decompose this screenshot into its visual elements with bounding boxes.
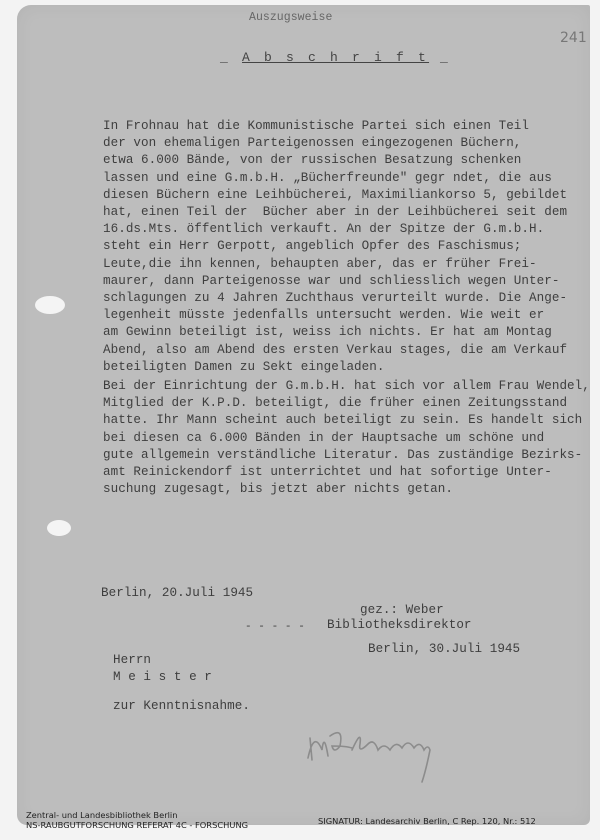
footer-signature: SIGNATUR: Landesarchiv Berlin, C Rep. 12… [318, 817, 536, 827]
heading-excerpt: Auszugsweise [249, 9, 332, 26]
text-line: maurer, dann Parteigenosse war und schli… [103, 273, 567, 290]
text-line: suchung zugesagt, bis jetzt aber nichts … [103, 481, 590, 498]
recipient-name: M e i s t e r [113, 669, 212, 686]
footer-library: Zentral- und Landesbibliothek Berlin NS-… [26, 811, 248, 830]
footer-library-name: Zentral- und Landesbibliothek Berlin [26, 810, 177, 820]
text-line: hatte. Ihr Mann scheint auch beteiligt z… [103, 412, 590, 429]
text-line: bei diesen ca 6.000 Bänden in der Haupts… [103, 430, 590, 447]
text-line: Mitglied der K.P.D. beteiligt, die frühe… [103, 395, 590, 412]
text-line: etwa 6.000 Bände, von der russischen Bes… [103, 152, 567, 169]
text-line: Bei der Einrichtung der G.m.b.H. hat sic… [103, 378, 590, 395]
document-page: Auszugsweise _ A b s c h r i f t _ 241 I… [17, 5, 590, 825]
text-line: amt Reinickendorf ist unterrichtet und h… [103, 464, 590, 481]
text-line: In Frohnau hat die Kommunistische Partei… [103, 118, 567, 135]
document-title: _ A b s c h r i f t _ [220, 49, 451, 66]
date-place-2: Berlin, 30.Juli 1945 [368, 641, 520, 658]
text-line: hat, einen Teil der Bücher aber in der L… [103, 204, 567, 221]
text-line: Abend, also am Abend des ersten Verkau s… [103, 342, 567, 359]
text-line: lassen und eine G.m.b.H. „Bücherfreunde"… [103, 170, 567, 187]
text-line: am Gewinn beteiligt ist, weiss ich nicht… [103, 324, 567, 341]
text-line: der von ehemaligen Parteigenossen eingez… [103, 135, 567, 152]
handwritten-signature [304, 720, 474, 790]
text-line: 16.ds.Mts. öffentlich verkauft. An der S… [103, 221, 567, 238]
recipient-salutation: Herrn [113, 652, 151, 669]
text-line: Leute,die ihn kennen, behaupten aber, da… [103, 256, 567, 273]
paragraph-2: Bei der Einrichtung der G.m.b.H. hat sic… [103, 378, 590, 498]
paragraph-1: In Frohnau hat die Kommunistische Partei… [103, 118, 567, 376]
punch-hole-bottom [47, 520, 71, 536]
text-line: steht ein Herr Gerpott, angeblich Opfer … [103, 238, 567, 255]
footer-department: NS-RAUBGUTFORSCHUNG REFERAT 4C - FORSCHU… [26, 820, 248, 830]
text-line: beteiligten Damen zu Sekt eingeladen. [103, 359, 567, 376]
punch-hole-top [35, 296, 65, 314]
text-line: legenheit müsste jedenfalls untersucht w… [103, 307, 567, 324]
archive-page-number: 241 [560, 30, 587, 46]
text-line: gute allgemein verständliche Literatur. … [103, 447, 590, 464]
separator-dashes: - - - - - [245, 619, 305, 636]
note-for-information: zur Kenntnisnahme. [113, 698, 250, 715]
text-line: diesen Büchern eine Leihbücherei, Maximi… [103, 187, 567, 204]
text-line: schlagungen zu 4 Jahren Zuchthaus verurt… [103, 290, 567, 307]
date-place-1: Berlin, 20.Juli 1945 [101, 585, 253, 602]
title-text: A b s c h r i f t [242, 50, 429, 65]
signer-title: Bibliotheksdirektor [327, 617, 472, 634]
